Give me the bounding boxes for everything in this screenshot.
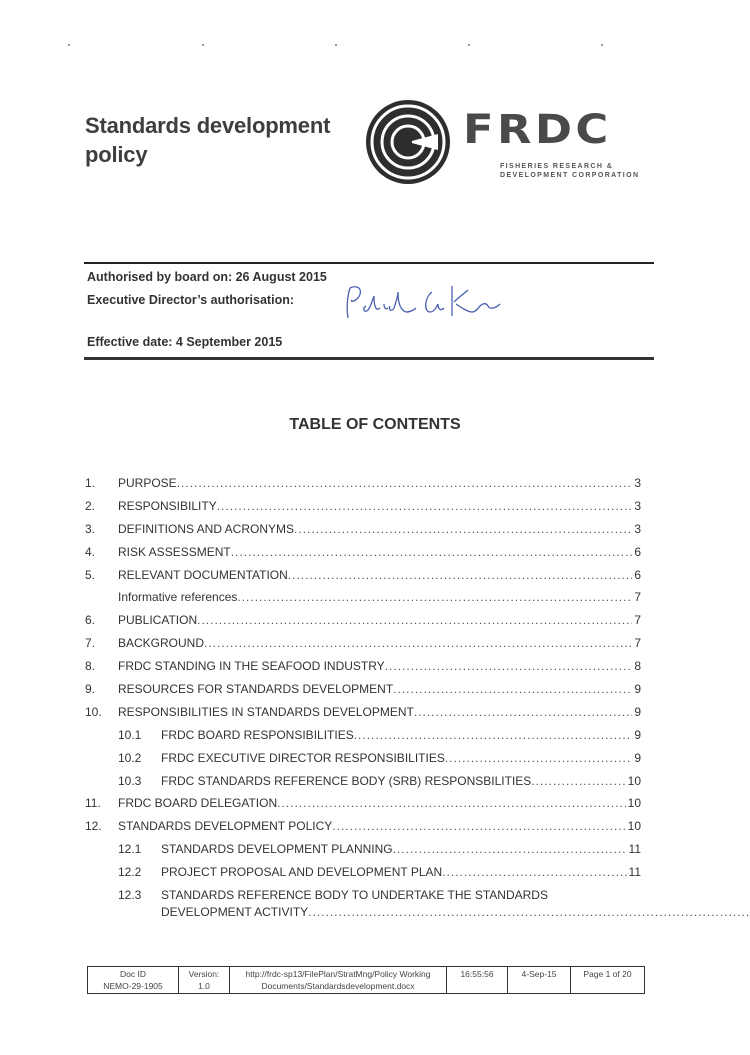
toc-page: 10	[626, 796, 641, 810]
toc-entry[interactable]: 12.2PROJECT PROPOSAL AND DEVELOPMENT PLA…	[85, 865, 641, 888]
toc-number: 10.3	[118, 774, 161, 788]
scan-speck	[468, 44, 470, 46]
effective-date: Effective date: 4 September 2015	[87, 335, 282, 349]
footer-time: 16:55:56	[447, 967, 508, 994]
toc-entry[interactable]: 8.FRDC STANDING IN THE SEAFOOD INDUSTRY8	[85, 659, 641, 682]
frdc-logo: FRDC FISHERIES RESEARCH & DEVELOPMENT CO…	[358, 94, 668, 186]
footer-version: Version:1.0	[179, 967, 230, 994]
toc-leader	[217, 499, 633, 513]
toc-number: 12.2	[118, 865, 161, 879]
toc-label: PURPOSE	[118, 476, 177, 490]
toc-entry[interactable]: Informative references7	[85, 590, 641, 613]
toc-heading: TABLE OF CONTENTS	[0, 416, 750, 434]
toc-entry[interactable]: 10.1FRDC BOARD RESPONSIBILITIES9	[85, 728, 641, 751]
logo-subtitle-line1: FISHERIES RESEARCH &	[500, 162, 639, 171]
toc-page: 7	[632, 590, 641, 604]
toc-number: 9.	[85, 682, 118, 696]
toc-label: RELEVANT DOCUMENTATION	[118, 568, 288, 582]
toc-entry[interactable]: 7.BACKGROUND7	[85, 636, 641, 659]
doc-id-value: NEMO-29-1905	[91, 980, 175, 992]
toc-page: 9	[632, 728, 641, 742]
signature-image	[340, 278, 520, 328]
toc-label: Informative references	[118, 590, 237, 604]
toc-page: 3	[632, 499, 641, 513]
board-authorisation: Authorised by board on: 26 August 2015	[87, 270, 327, 284]
toc-number: 8.	[85, 659, 118, 673]
toc-entry[interactable]: 3.DEFINITIONS AND ACRONYMS3	[85, 522, 641, 545]
toc-page: 11	[627, 865, 641, 879]
footer-page-number: Page 1 of 20	[571, 967, 645, 994]
footer-path: http://frdc-sp13/FilePlan/StratMng/Polic…	[230, 967, 447, 994]
doc-id-label: Doc ID	[91, 968, 175, 980]
toc-leader	[177, 476, 633, 490]
toc-label: PUBLICATION	[118, 613, 197, 627]
toc-number: 7.	[85, 636, 118, 650]
toc-label: FRDC EXECUTIVE DIRECTOR RESPONSIBILITIES	[161, 751, 445, 765]
toc-leader	[197, 613, 632, 627]
toc-entry[interactable]: 10.3FRDC STANDARDS REFERENCE BODY (SRB) …	[85, 774, 641, 797]
document-title: Standards development policy	[85, 111, 330, 169]
toc-label: STANDARDS REFERENCE BODY TO UNDERTAKE TH…	[161, 888, 750, 902]
toc-entry[interactable]: 11.FRDC BOARD DELEGATION10	[85, 796, 641, 819]
document-footer: Doc IDNEMO-29-1905 Version:1.0 http://fr…	[87, 966, 645, 994]
toc-label: STANDARDS DEVELOPMENT PLANNING	[161, 842, 393, 856]
toc-number: 5.	[85, 568, 118, 582]
toc-label: RESPONSIBILITY	[118, 499, 217, 513]
document-title-line1: Standards development	[85, 111, 330, 140]
toc-page: 6	[632, 568, 641, 582]
toc-entry[interactable]: 10.RESPONSIBILITIES IN STANDARDS DEVELOP…	[85, 705, 641, 728]
toc-leader	[393, 682, 632, 696]
toc-leader	[354, 728, 633, 742]
scan-speck	[601, 44, 603, 46]
toc-page: 9	[632, 751, 641, 765]
toc-page: 6	[632, 545, 641, 559]
toc-number: 12.3	[118, 888, 161, 902]
toc-number: 1.	[85, 476, 118, 490]
toc-leader	[237, 590, 632, 604]
toc-page: 3	[632, 476, 641, 490]
toc-leader	[442, 865, 626, 879]
toc-page: 7	[632, 613, 641, 627]
document-title-line2: policy	[85, 140, 330, 169]
toc-label-continued: DEVELOPMENT ACTIVITY	[161, 905, 308, 919]
toc-label: RESPONSIBILITIES IN STANDARDS DEVELOPMEN…	[118, 705, 414, 719]
toc-page: 10	[626, 774, 641, 788]
toc-leader	[288, 568, 633, 582]
toc-leader	[231, 545, 633, 559]
toc-page: 3	[632, 522, 641, 536]
footer-date: 4-Sep-15	[508, 967, 571, 994]
toc-label: FRDC BOARD RESPONSIBILITIES	[161, 728, 354, 742]
toc-number: 10.	[85, 705, 118, 719]
toc-entry[interactable]: 12.3 STANDARDS REFERENCE BODY TO UNDERTA…	[85, 888, 641, 926]
toc-page: 10	[626, 819, 641, 833]
toc-leader	[277, 796, 626, 810]
table-of-contents: 1.PURPOSE3 2.RESPONSIBILITY3 3.DEFINITIO…	[85, 476, 641, 926]
toc-page: 9	[632, 705, 641, 719]
toc-entry[interactable]: 1.PURPOSE3	[85, 476, 641, 499]
toc-number: 3.	[85, 522, 118, 536]
logo-subtitle: FISHERIES RESEARCH & DEVELOPMENT CORPORA…	[500, 162, 639, 180]
toc-entry[interactable]: 5.RELEVANT DOCUMENTATION6	[85, 568, 641, 591]
toc-entry[interactable]: 12.STANDARDS DEVELOPMENT POLICY10	[85, 819, 641, 842]
toc-leader	[531, 774, 625, 788]
footer-doc-id: Doc IDNEMO-29-1905	[88, 967, 179, 994]
toc-label: RISK ASSESSMENT	[118, 545, 231, 559]
toc-leader	[393, 842, 627, 856]
spiral-logo-icon	[358, 94, 456, 186]
toc-leader	[308, 905, 750, 919]
toc-number: 12.	[85, 819, 118, 833]
toc-entry[interactable]: 10.2FRDC EXECUTIVE DIRECTOR RESPONSIBILI…	[85, 751, 641, 774]
logo-wordmark: FRDC	[463, 107, 612, 153]
executive-authorisation-label: Executive Director’s authorisation:	[87, 293, 294, 307]
toc-number: 10.1	[118, 728, 161, 742]
divider-bottom	[84, 357, 654, 360]
toc-leader	[445, 751, 632, 765]
toc-number: 12.1	[118, 842, 161, 856]
version-value: 1.0	[182, 980, 226, 992]
toc-number: 4.	[85, 545, 118, 559]
toc-leader	[294, 522, 632, 536]
toc-page: 11	[627, 842, 641, 856]
logo-subtitle-line2: DEVELOPMENT CORPORATION	[500, 171, 639, 180]
path-line1: http://frdc-sp13/FilePlan/StratMng/Polic…	[233, 968, 443, 980]
toc-number: 6.	[85, 613, 118, 627]
toc-entry[interactable]: 9.RESOURCES FOR STANDARDS DEVELOPMENT9	[85, 682, 641, 705]
toc-label: STANDARDS DEVELOPMENT POLICY	[118, 819, 332, 833]
toc-page: 9	[632, 682, 641, 696]
divider-top	[84, 262, 654, 264]
toc-leader	[385, 659, 633, 673]
toc-entry[interactable]: 2.RESPONSIBILITY3	[85, 499, 641, 522]
toc-label: PROJECT PROPOSAL AND DEVELOPMENT PLAN	[161, 865, 442, 879]
toc-label: FRDC BOARD DELEGATION	[118, 796, 277, 810]
toc-page: 8	[632, 659, 641, 673]
toc-page: 7	[632, 636, 641, 650]
version-label: Version:	[182, 968, 226, 980]
toc-leader	[414, 705, 632, 719]
path-line2: Documents/Standardsdevelopment.docx	[233, 980, 443, 992]
toc-entry[interactable]: 12.1STANDARDS DEVELOPMENT PLANNING11	[85, 842, 641, 865]
toc-leader	[332, 819, 625, 833]
toc-entry[interactable]: 6.PUBLICATION7	[85, 613, 641, 636]
toc-number: 11.	[85, 796, 118, 810]
toc-label: FRDC STANDING IN THE SEAFOOD INDUSTRY	[118, 659, 385, 673]
toc-label: FRDC STANDARDS REFERENCE BODY (SRB) RESP…	[161, 774, 531, 788]
toc-label: RESOURCES FOR STANDARDS DEVELOPMENT	[118, 682, 393, 696]
toc-number: 2.	[85, 499, 118, 513]
toc-label: BACKGROUND	[118, 636, 204, 650]
toc-label: DEFINITIONS AND ACRONYMS	[118, 522, 294, 536]
toc-leader	[204, 636, 632, 650]
scan-speck	[68, 44, 70, 46]
scan-speck	[335, 44, 337, 46]
toc-number: 10.2	[118, 751, 161, 765]
scan-speck	[202, 44, 204, 46]
toc-entry[interactable]: 4.RISK ASSESSMENT6	[85, 545, 641, 568]
